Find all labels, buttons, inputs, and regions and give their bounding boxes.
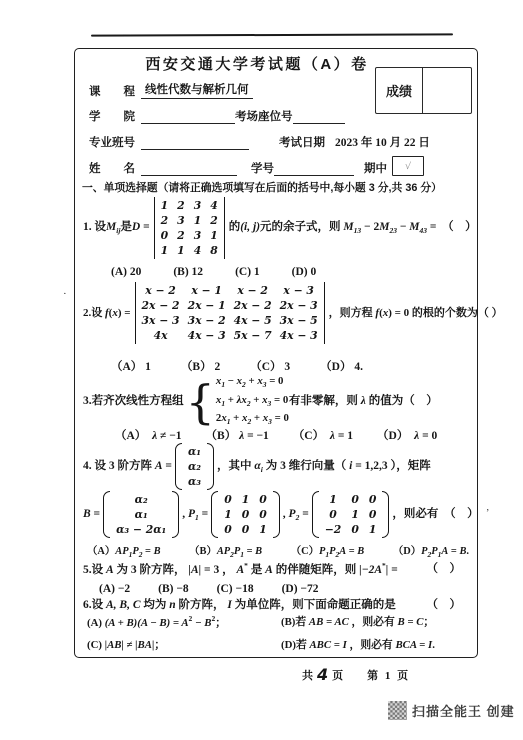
q2-option-b: （B） 2 [181, 358, 220, 374]
q3-equation-1: x1 − x2 + x3 = 0 [216, 374, 289, 393]
q4-matrix-p1: 010100001 [211, 491, 280, 538]
q3-option-a: （A） λ ≠ −1 [115, 427, 182, 443]
q1-determinant: 1234231202311148 [154, 197, 225, 259]
class-blank [141, 136, 249, 150]
q3-option-c: （C） λ = 1 [293, 427, 353, 443]
top-scan-rule [91, 33, 453, 37]
course-label: 课 程 [89, 83, 135, 99]
name-row: 姓 名 学号 期中 √ [89, 156, 469, 176]
midterm-checkbox: √ [392, 156, 424, 176]
footer-page-number: 第 1 页 [367, 667, 410, 683]
q2-option-c: （C） 3 [250, 358, 290, 374]
school-row: 学 院 考场座位号 [89, 108, 469, 124]
paren-left-icon [312, 491, 319, 538]
q3-option-b: （B） λ = −1 [206, 427, 269, 443]
seat-blank [293, 110, 345, 124]
student-id-label: 学号 [251, 160, 274, 176]
footer-total-pages-handwritten: 4 [317, 665, 328, 684]
q1-stem-post: 的(i, j)元的余子式，则 M13 − 2M23 − M43 = （ ） [229, 220, 477, 236]
q5-option-c: (C) −18 [217, 583, 254, 595]
course-row: 课 程 线性代数与解析几何 [89, 81, 469, 99]
q5-option-a: (A) −2 [99, 583, 130, 595]
q4-stem-post: ，其中 αi 为 3 维行向量（ i = 1,2,3 ），矩阵 [217, 459, 431, 475]
exam-frame: 西安交通大学考试题（A）卷 成绩 课 程 线性代数与解析几何 学 院 考场座位号… [74, 48, 478, 658]
class-label: 专业班号 [89, 134, 135, 150]
q6-option-d: (D)若 ABC = I ，则必有 BCA = I. [281, 637, 475, 652]
paren-left-icon [103, 491, 110, 538]
question-6: 6.设 A, B, C 均为 n 阶方阵， I 为单位阵，则下面命题正确的是 （… [83, 598, 469, 613]
q1-options: (A) 20 (B) 12 (C) 1 (D) 0 [111, 266, 316, 278]
q4-p2-equals: , P2 = [283, 507, 309, 523]
q5-option-b: (B) −8 [158, 583, 189, 595]
footer-total-suffix: 页 [332, 667, 343, 683]
q3-equation-2: x1 + λx2 + x3 = 0 [216, 393, 289, 412]
watermark-text: 扫描全能王 创建 [412, 701, 515, 720]
scan-artifact-tick: ʼ [486, 508, 489, 519]
q4-option-b: （B）AP2P1 = B [189, 542, 262, 559]
system-brace: { [186, 377, 215, 427]
scanned-exam-page: 西安交通大学考试题（A）卷 成绩 课 程 线性代数与解析几何 学 院 考场座位号… [0, 0, 523, 740]
q2-determinant: x − 2x − 1x − 2x − 32x − 22x − 12x − 22x… [135, 282, 325, 344]
school-label: 学 院 [89, 108, 135, 124]
course-value: 线性代数与解析几何 [141, 81, 253, 99]
q1-option-d: (D) 0 [292, 266, 317, 278]
q4-matrix-b: α₂α₁α₃ − 2α₁ [103, 491, 179, 538]
q2-stem-pre: 2.设 f(x) = [83, 306, 131, 320]
q2-option-a: （A） 1 [111, 358, 151, 374]
q5-stem: 5.设 A 为 3 阶方阵， |A| = 3 ， A* 是 A 的伴随矩阵，则 … [83, 561, 398, 578]
q6-answer-paren: （ ） [427, 598, 462, 613]
name-blank [141, 162, 237, 176]
paren-right-icon [172, 491, 179, 538]
question-1: 1. 设Mij是D = 1234231202311148 的(i, j)元的余子… [83, 197, 473, 259]
scan-artifact-dot: · [63, 288, 67, 300]
q4-option-a: （A）AP1P2 = B [87, 542, 161, 559]
paren-right-icon [382, 491, 389, 538]
exam-title: 西安交通大学考试题（A）卷 [109, 53, 405, 74]
q1-option-c: (C) 1 [235, 266, 260, 278]
paren-left-icon [211, 491, 218, 538]
q6-option-c: (C) |AB| ≠ |BA|； [87, 637, 281, 652]
q4-p1-equals: , P1 = [182, 507, 208, 523]
q4-stem-pre: 4. 设 3 阶方阵 A = [83, 459, 172, 474]
q3-stem-pre: 3.若齐次线性方程组 [83, 394, 184, 409]
paren-right-icon [207, 443, 214, 490]
q2-stem-post: ，则方程 f(x) = 0 的根的个数为（ ） [329, 306, 503, 320]
qr-code-icon [388, 701, 407, 720]
question-3: 3.若齐次线性方程组 { x1 − x2 + x3 = 0 x1 + λx2 +… [83, 374, 438, 430]
q6-options: (A) (A + B)(A − B) = A2 − B2； (B)若 AB = … [87, 614, 475, 652]
paren-right-icon [273, 491, 280, 538]
page-footer: 共 4 页 第 1 页 [302, 664, 410, 683]
q1-option-b: (B) 12 [173, 266, 203, 278]
q5-option-d: (D) −72 [282, 583, 319, 595]
q3-equations: x1 − x2 + x3 = 0 x1 + λx2 + x3 = 0 2x1 +… [216, 374, 289, 430]
paren-left-icon [175, 443, 182, 490]
q4-options: （A）AP1P2 = B （B）AP2P1 = B （C）P1P2A = B （… [87, 542, 469, 559]
q3-option-d: （D） λ = 0 [377, 427, 437, 443]
date-value: 2023 年 10 月 22 日 [335, 134, 430, 150]
school-blank [141, 110, 235, 124]
question-4-line-2: B = α₂α₁α₃ − 2α₁ , P1 = 010100001 , P2 =… [83, 491, 479, 538]
q3-options: （A） λ ≠ −1 （B） λ = −1 （C） λ = 1 （D） λ = … [115, 427, 437, 443]
q4-matrix-a: α₁α₂α₃ [175, 443, 214, 490]
q4-stem-end: ，则必有 （ ） [392, 507, 478, 522]
q4-option-d: （D）P2P1A = B. [393, 542, 469, 559]
question-5: 5.设 A 为 3 阶方阵， |A| = 3 ， A* 是 A 的伴随矩阵，则 … [83, 561, 469, 578]
q2-options: （A） 1 （B） 2 （C） 3 （D） 4. [111, 358, 363, 374]
name-label: 姓 名 [89, 160, 135, 176]
q6-option-a: (A) (A + B)(A − B) = A2 − B2； [87, 614, 281, 630]
section-heading: 一、单项选择题（请将正确选项填写在后面的括号中,每小题 3 分,共 36 分） [82, 180, 476, 195]
seat-label: 考场座位号 [235, 108, 293, 124]
q6-option-b: (B)若 AB = AC ，则必有 B = C； [281, 614, 475, 630]
scanner-watermark: 扫描全能王 创建 [388, 701, 515, 720]
q6-stem: 6.设 A, B, C 均为 n 阶方阵， I 为单位阵，则下面命题正确的是 [83, 598, 396, 613]
class-row: 专业班号 考试日期 2023 年 10 月 22 日 [89, 134, 469, 150]
q1-stem-pre: 1. 设Mij是D = [83, 220, 150, 236]
date-label: 考试日期 [279, 134, 325, 150]
q4-matrix-p2: 100010−201 [312, 491, 390, 538]
q4-b-equals: B = [83, 507, 100, 522]
student-id-blank [274, 162, 354, 176]
q4-option-c: （C）P1P2A = B [291, 542, 365, 559]
midterm-label: 期中 [364, 160, 387, 176]
q1-option-a: (A) 20 [111, 266, 141, 278]
q5-answer-paren: （ ） [427, 562, 462, 577]
q3-stem-post: 有非零解，则 λ 的值为（ ） [289, 394, 438, 409]
question-2: 2.设 f(x) = x − 2x − 1x − 2x − 32x − 22x … [83, 282, 475, 344]
q5-options: (A) −2 (B) −8 (C) −18 (D) −72 [99, 583, 318, 595]
question-4-line-1: 4. 设 3 阶方阵 A = α₁α₂α₃ ，其中 αi 为 3 维行向量（ i… [83, 443, 431, 490]
footer-total-prefix: 共 [302, 667, 313, 683]
checkmark-icon: √ [405, 160, 412, 172]
q2-option-d: （D） 4. [320, 358, 363, 374]
